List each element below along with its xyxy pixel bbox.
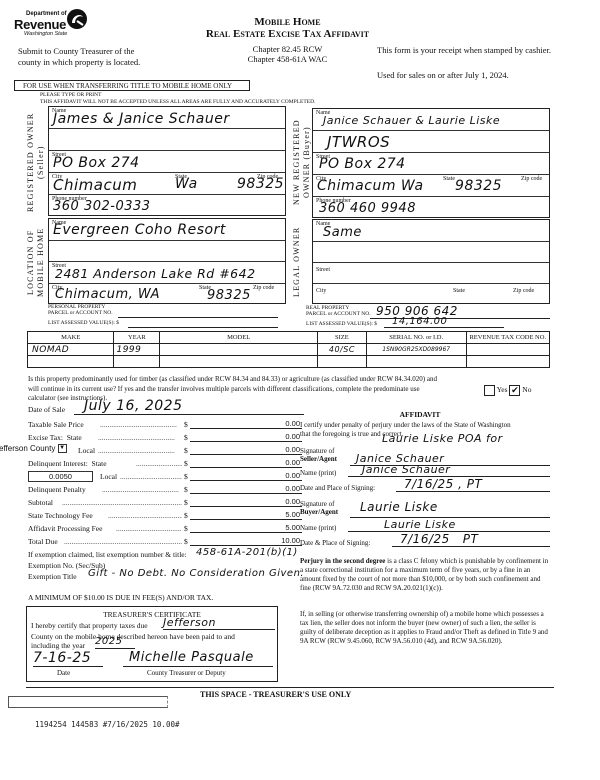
size-cell[interactable] (317, 356, 366, 368)
fee-label: Taxable Sale Price (28, 420, 84, 429)
location-zip-field[interactable]: 98325 (207, 288, 251, 303)
location-parcel-line: PARCEL or ACCOUNT NO. (48, 310, 278, 316)
fee-label: Subtotal (28, 498, 53, 507)
treasurer-use-only-label: THIS SPACE - TREASURER'S USE ONLY (200, 690, 351, 699)
serial-cell[interactable]: 1SN90GR25XD089967 (366, 344, 466, 356)
dollar-sign: $ (184, 537, 188, 546)
location-street-field[interactable]: 2481 Anderson Lake Rd #642 (55, 266, 256, 281)
fee-row-state-technology-fee: State Technology Fee ...................… (28, 510, 278, 523)
treasurer-date-field[interactable]: 7-16-25 (33, 650, 103, 667)
legal-city-label: City (316, 288, 326, 294)
perjury-notice: Perjury in the second degree is a class … (300, 557, 550, 593)
seller-signature-top: Laurie Liske POA for (382, 432, 503, 445)
used-for-note: Used for sales on or after July 1, 2024. (377, 70, 509, 80)
legal-assessed-line: LIST ASSESSED VALUE(S): $ 14,164.00 (306, 321, 550, 327)
seller-name-print-label: Name (print) (300, 469, 336, 477)
buyer-state-label: State (443, 176, 455, 182)
fee-value[interactable]: 5.00 (190, 523, 302, 533)
date-of-sale-label: Date of Sale (28, 405, 65, 414)
seller-street-row: Street PO Box 274 (49, 151, 285, 173)
model-cell[interactable] (160, 344, 318, 356)
fee-row-excise-state: Excise Tax: State ......................… (28, 432, 278, 445)
location-city-field[interactable]: Chimacum, WA (55, 287, 160, 302)
no-checkbox[interactable]: ✔ (509, 385, 520, 396)
exemption-title-label: Exemption Title (28, 572, 77, 581)
mobile-home-table: MAKE YEAR MODEL SIZE SERIAL NO. or I.D. … (27, 331, 550, 368)
buyer-section-label: NEW REGISTERED OWNER (Buyer) (292, 110, 312, 215)
treasurer-cert-line3: including the year 2025 (31, 641, 131, 650)
legal-assessed-label: LIST ASSESSED VALUE(S): $ (306, 321, 377, 327)
fee-label: Excise Tax: State (28, 433, 82, 442)
buyer-name-row: Name Janice Schauer & Laurie Liske (313, 109, 549, 131)
buyer-signature-line: Signature of Buyer/Agent Laurie Liske (300, 500, 550, 516)
buyer-street-row: Street PO Box 274 (313, 153, 549, 175)
legal-name-row: Name Same (313, 220, 549, 242)
fee-value[interactable]: 0.00 (190, 497, 302, 507)
exemption-claim-line: If exemption claimed, list exemption num… (28, 550, 298, 559)
form-title-line2: Real Estate Excise Tax Affidavit (0, 28, 575, 40)
fee-label: Local (78, 446, 95, 455)
location-section-label: LOCATION OF MOBILE HOME (26, 220, 46, 305)
location-street-row: Street 2481 Anderson Lake Rd #642 (49, 262, 285, 284)
seller-phone-field[interactable]: 360 302-0333 (53, 199, 151, 214)
fee-value[interactable]: 0.00 (190, 484, 302, 494)
perjury-bold: Perjury in the second degree (300, 557, 385, 565)
fee-value[interactable]: 0.00 (190, 458, 302, 468)
accept-note: THIS AFFIDAVIT WILL NOT BE ACCEPTED UNLE… (40, 99, 315, 105)
legal-state-label: State (453, 288, 465, 294)
location-assessed-line: LIST ASSESSED VALUE(S): $ (48, 320, 278, 326)
fee-row-excise-local: Local ..................................… (28, 445, 278, 458)
buyer-name-print-label: Name (print) (300, 524, 336, 532)
header-size: SIZE (317, 332, 366, 344)
treasurer-line1-text: I hereby certify that property taxes due (31, 621, 148, 630)
fee-value[interactable]: 10.00 (190, 536, 302, 546)
seller-box: Name James & Janice Schauer Street PO Bo… (48, 106, 286, 216)
fee-value[interactable]: 5.00 (190, 510, 302, 520)
exemption-claim-label: If exemption claimed, list exemption num… (28, 550, 187, 559)
dollar-sign: $ (184, 485, 188, 494)
fee-row-delinquent-interest-state: Delinquent Interest: State .............… (28, 458, 278, 471)
treasurer-certificate-box: TREASURER'S CERTIFICATE I hereby certify… (26, 606, 278, 682)
buyer-signature-field[interactable]: Laurie Liske (350, 500, 550, 518)
tax-code-cell[interactable] (466, 356, 549, 368)
legal-parcel-label-2: PARCEL or ACCOUNT NO. (306, 311, 371, 317)
table-row: NOMAD 1999 40/SC 1SN90GR25XD089967 (28, 344, 550, 356)
buyer-phone-row: Phone number 360 460 9948 (313, 197, 549, 219)
seller-name2-row[interactable] (49, 129, 285, 151)
buyer-name-field[interactable]: Janice Schauer & Laurie Liske (323, 114, 500, 127)
fee-label: Local (100, 472, 117, 481)
size-cell[interactable]: 40/SC (317, 344, 366, 356)
legal-street-label: Street (316, 267, 330, 273)
legal-owner-section-label: LEGAL OWNER (292, 222, 312, 302)
transfer-banner: FOR USE WHEN TRANSFERRING TITLE TO MOBIL… (14, 80, 250, 91)
location-assessed-label: LIST ASSESSED VALUE(S): $ (48, 320, 119, 326)
buyer-date-place-line: Date & Place of Signing: 7/16/25 PT (300, 539, 550, 547)
submit-note: Submit to County Treasurer of the county… (18, 46, 148, 68)
buyer-zip-label: Zip code (521, 176, 542, 182)
fee-value[interactable]: 0.00 (190, 471, 302, 481)
fee-row-delinquent-interest-local: Local ..................................… (28, 471, 278, 484)
seller-state-field[interactable]: Wa (175, 176, 198, 192)
location-name-row: Name Evergreen Coho Resort (49, 219, 285, 241)
tax-code-cell[interactable] (466, 344, 549, 356)
dollar-sign: $ (184, 498, 188, 507)
yes-checkbox[interactable] (484, 385, 495, 396)
buyer-city-field[interactable]: Chimacum Wa (317, 178, 424, 194)
model-cell[interactable] (160, 356, 318, 368)
legal-owner-box: Name Same Street City State Zip code (312, 219, 550, 304)
serial-cell[interactable] (366, 356, 466, 368)
buyer-date-place-field[interactable]: 7/16/25 PT (392, 532, 550, 547)
buyer-name-print-field[interactable]: Laurie Liske (348, 518, 550, 532)
seller-phone-row: Phone number 360 302-0333 (49, 195, 285, 217)
print-note: PLEASE TYPE OR PRINT (40, 92, 101, 98)
location-city-row: City Chimacum, WA State 98325 Zip code (49, 284, 285, 305)
buyer-phone-field[interactable]: 360 460 9948 (319, 201, 416, 216)
seller-date-place-field[interactable]: 7/16/25 , PT (396, 477, 550, 492)
location-box: Name Evergreen Coho Resort Street 2481 A… (48, 218, 286, 304)
legal-assessed-field[interactable]: 14,164.00 (384, 316, 504, 328)
make-cell[interactable] (28, 356, 114, 368)
seller-date-place-line: Date and Place of Signing: 7/16/25 , PT (300, 484, 550, 492)
yes-label: Yes (497, 385, 508, 394)
treasurer-cert-line1: I hereby certify that property taxes due… (31, 621, 275, 630)
header-serial: SERIAL NO. or I.D. (366, 332, 466, 344)
legal-street-row: Street (313, 263, 549, 284)
treasurer-signature-label: County Treasurer or Deputy (147, 669, 226, 677)
date-of-sale-field[interactable]: July 16, 2025 (74, 398, 304, 415)
seller-city-field[interactable]: Chimacum (53, 176, 137, 194)
location-zip-label: Zip code (253, 285, 274, 291)
location-assessed-field[interactable] (128, 320, 278, 328)
minimum-note: A MINIMUM OF $10.00 IS DUE IN FEE(S) AND… (28, 593, 213, 602)
treasurer-date-label: Date (57, 669, 70, 677)
receipt-note: This form is your receipt when stamped b… (377, 45, 557, 56)
buyer-date-place-label: Date & Place of Signing: (300, 539, 370, 547)
exemption-no-field[interactable]: 458-61A-201(b)(1) (196, 547, 298, 558)
fee-label: Affidavit Processing Fee (28, 524, 102, 533)
fee-value[interactable]: 0.00 (190, 419, 302, 429)
header-make: MAKE (28, 332, 114, 344)
location-name-field[interactable]: Evergreen Coho Resort (53, 222, 226, 238)
dollar-sign: $ (184, 459, 188, 468)
exemption-title-line: Exemption Title Gift - No Debt. No Consi… (28, 572, 298, 581)
dollar-sign: $ (184, 433, 188, 442)
treasurer-signature-field[interactable]: Michelle Pasquale (123, 650, 273, 667)
exemption-title-field[interactable]: Gift - No Debt. No Consideration Given. (88, 568, 304, 579)
date-of-sale-line: Date of Sale July 16, 2025 (28, 405, 278, 414)
fee-value[interactable]: 0.00 (190, 432, 302, 442)
seller-date-place-label: Date and Place of Signing: (300, 484, 375, 492)
fee-row-delinquent-penalty: Delinquent Penalty .....................… (28, 484, 278, 497)
lien-notice: If, in selling (or otherwise transferrin… (300, 610, 550, 646)
affidavit-title: AFFIDAVIT (300, 410, 540, 419)
buyer-city-row: City Chimacum Wa State 98325 Zip code (313, 175, 549, 197)
dollar-sign: $ (184, 511, 188, 520)
timber-answer: Yes ✔ No (484, 385, 531, 396)
no-label: No (522, 385, 531, 394)
fee-row-taxable-sale-price: Taxable Sale Price .....................… (28, 419, 278, 432)
location-parcel-field[interactable] (118, 310, 278, 318)
table-row (28, 356, 550, 368)
buyer-box: Name Janice Schauer & Laurie Liske JTWRO… (312, 108, 550, 218)
fee-label: Delinquent Penalty (28, 485, 86, 494)
seller-name-print-field[interactable]: Janice Schauer (348, 463, 550, 477)
seller-zip-field[interactable]: 98325 (237, 176, 284, 192)
treasurer-stamp-box (8, 696, 168, 708)
dollar-sign: $ (184, 524, 188, 533)
location-name2-row[interactable] (49, 241, 285, 262)
legal-city-row: City State Zip code (313, 284, 549, 305)
buyer-zip-field[interactable]: 98325 (455, 178, 502, 194)
treasurer-line3-text: including the year (31, 641, 85, 650)
seller-name-print-line: Name (print) Janice Schauer (300, 469, 550, 477)
receipt-stamp: 1194254 144583 #7/16/2025 10.00# (35, 720, 180, 729)
form-title-line1: Mobile Home (0, 16, 575, 28)
treasurer-year-field[interactable]: 2025 (95, 636, 135, 649)
dollar-sign: $ (184, 446, 188, 455)
buyer-name2-row: JTWROS (313, 131, 549, 153)
fee-label: Total Due (28, 537, 58, 546)
treasurer-county-field[interactable]: Jefferson (163, 616, 275, 630)
fee-label: State Technology Fee (28, 511, 93, 520)
buyer-name-print-line: Name (print) Laurie Liske (300, 524, 550, 532)
year-cell[interactable]: 1999 (114, 344, 160, 356)
header-year: YEAR (114, 332, 160, 344)
buyer-street-field[interactable]: PO Box 274 (319, 156, 406, 172)
legal-name-field[interactable]: Same (323, 225, 362, 240)
header-revenue-tax-code: REVENUE TAX CODE NO. (466, 332, 549, 344)
seller-name-field[interactable]: James & Janice Schauer (53, 111, 230, 127)
fee-label: Delinquent Interest: State (28, 459, 107, 468)
seller-name-row: Name James & Janice Schauer (49, 107, 285, 129)
footer-divider (26, 687, 554, 688)
seller-section-label: REGISTERED OWNER (Seller) (26, 110, 46, 215)
header-model: MODEL (160, 332, 318, 344)
legal-name2-row[interactable] (313, 242, 549, 263)
buyer-name2-field[interactable]: JTWROS (327, 133, 390, 151)
make-cell[interactable]: NOMAD (28, 344, 114, 356)
table-header-row: MAKE YEAR MODEL SIZE SERIAL NO. or I.D. … (28, 332, 550, 344)
fee-row-affidavit-processing-fee: Affidavit Processing Fee ...............… (28, 523, 278, 536)
seller-street-field[interactable]: PO Box 274 (53, 155, 140, 171)
fee-row-subtotal: Subtotal ...............................… (28, 497, 278, 510)
location-parcel-label-2: PARCEL or ACCOUNT NO. (48, 310, 113, 316)
seller-city-row: City Chimacum State Wa Zip code 98325 (49, 173, 285, 195)
legal-zip-label: Zip code (513, 288, 534, 294)
seller-signature-line: Signature of Seller/Agent Janice Schauer (300, 447, 550, 463)
dollar-sign: $ (184, 472, 188, 481)
fee-value[interactable]: 0.00 (190, 445, 302, 455)
year-cell[interactable] (114, 356, 160, 368)
dollar-sign: $ (184, 420, 188, 429)
